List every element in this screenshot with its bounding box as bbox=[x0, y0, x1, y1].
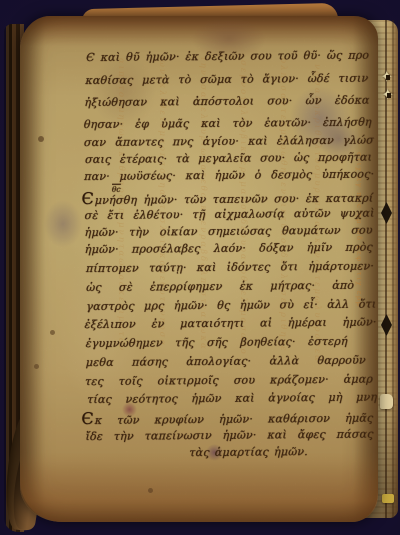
manuscript-line: τὰς ἁμαρτίας ἡμῶν. bbox=[159, 445, 338, 460]
superscript-abbreviation: θϲ bbox=[112, 183, 121, 196]
manuscript-line: παν· μωϋσέως· καὶ ἡμῶν ὁ δεσμὸς ὑπήκοος· bbox=[84, 167, 375, 183]
initial-letter: Є bbox=[81, 189, 94, 208]
initial-letter: Є bbox=[81, 409, 94, 428]
manuscript-line: θησαν· ἐφ ὑμᾶς καὶ τὸν ἑαυτῶν· ἐπλήσθη bbox=[83, 115, 372, 131]
manuscript-line: ἠξιώθησαν καὶ ἀπόστολοι σου· ὧν ἐδόκα bbox=[84, 94, 370, 109]
text-block: Є καὶ θῦ ἡμῶν· ἐκ δεξιῶν σου τοῦ θῦ· ὥς … bbox=[0, 0, 400, 535]
manuscript-line: τες τοῖς οἰκτιρμοῖς σου κράζομεν· ἁμαρ bbox=[85, 372, 374, 388]
manuscript-line: ὡς σὲ ἐπερρίφημεν ἐκ μήτρας· ἀπὸ bbox=[86, 279, 355, 294]
manuscript-line: πίπτομεν ταύτῃ· καὶ ἰδόντες ὅτι ἡμάρτομε… bbox=[86, 259, 375, 275]
manuscript-line: Єμνήσθη ἡμῶν· τῶν ταπεινῶν σου· ἐκ κατακ… bbox=[81, 189, 374, 207]
manuscript-line: σαν ἅπαντες πνς ἁγίου· καὶ ἐλάλησαν γλώσ bbox=[84, 133, 375, 149]
manuscript-line: ἡμῶν· τὴν οἰκίαν σημειώσας θαυμάτων σου bbox=[84, 223, 373, 239]
manuscript-line: ἡμῶν· προσέλαβες λαόν· δόξαν ἡμῖν πρὸς bbox=[85, 240, 374, 256]
manuscript-line: Є καὶ θῦ ἡμῶν· ἐκ δεξιῶν σου τοῦ θῦ· ὥς … bbox=[86, 49, 370, 64]
manuscript-line: Єκ τῶν κρυφίων ἡμῶν· καθάρισον ἡμᾶς bbox=[81, 409, 374, 427]
manuscript-photo: ✦ ✦ αιπετοσμηνωλεκτθραοσιπεμνηταωλοσκερι… bbox=[0, 0, 400, 535]
manuscript-line: γαστρὸς μρς ἡμῶν· θς ἡμῶν σὺ εἶ· ἀλλ ὅτι bbox=[86, 297, 377, 313]
manuscript-line: σαις ἑτέραις· τὰ μεγαλεῖα σου· ὡς προφῆτ… bbox=[85, 150, 373, 166]
manuscript-line: ἐγυμνώθημεν τῆς σῆς βοηθείας· ἐστερή bbox=[85, 335, 348, 350]
manuscript-line: καθίσας μετὰ τὸ σῶμα τὸ ἅγιον· ὧδέ τισιν bbox=[85, 72, 369, 87]
manuscript-line: τίας νεότητος ἡμῶν καὶ ἀγνοίας μὴ μνη bbox=[87, 390, 378, 406]
manuscript-line: μεθα πάσης ἀπολογίας· ἀλλὰ θαρροῦν bbox=[86, 354, 367, 369]
manuscript-line: ἐξέλιπον ἐν ματαιότητι αἱ ἡμέραι ἡμῶν· bbox=[84, 315, 377, 331]
manuscript-line: ἴδε τὴν ταπείνωσιν ἡμῶν· καὶ ἄφες πάσας bbox=[85, 427, 374, 443]
manuscript-line: σὲ ἔτι ἐλθέτου· τῇ αἰχμαλωσίᾳ αὐτῶν ψυχα… bbox=[84, 206, 375, 222]
